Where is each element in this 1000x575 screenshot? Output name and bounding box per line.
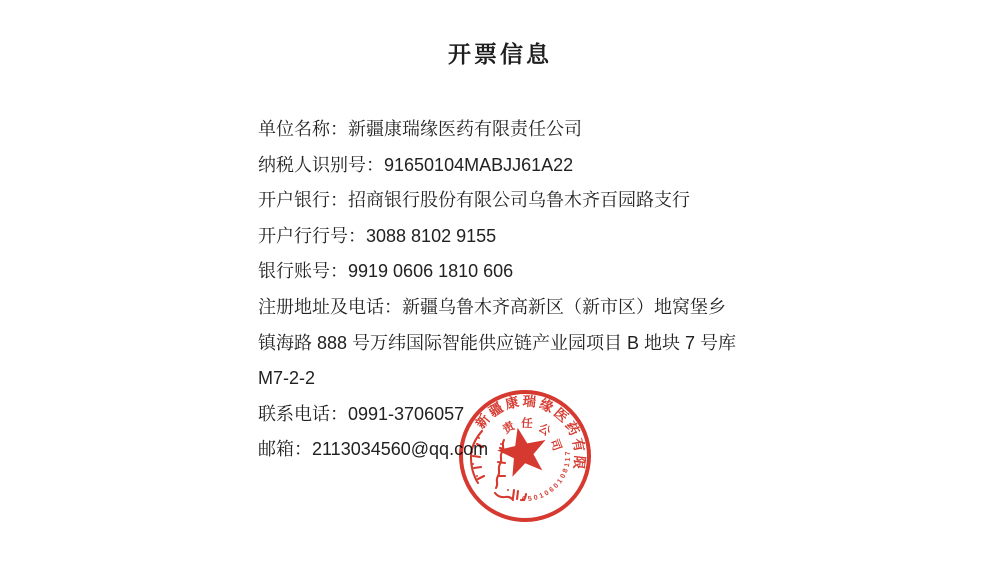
info-line-tax-id: 纳税人识别号：91650104MABJJ61A22 [258,148,738,184]
info-line-bank-account: 银行账号：9919 0606 1810 606 [258,254,738,290]
info-line-email: 邮箱：2113034560@qq.com [258,432,738,468]
uyghur-script-bottom-decoration [495,490,526,500]
info-line-bank-name: 开户银行：招商银行股份有限公司乌鲁木齐百园路支行 [258,183,738,219]
info-line-bank-branch-no: 开户行行号：3088 8102 9155 [258,219,738,255]
page-title: 开票信息 [0,36,1000,69]
info-line-company-name: 单位名称：新疆康瑞缘医药有限责任公司 [258,112,738,148]
info-line-phone: 联系电话：0991-3706057 [258,397,738,433]
info-line-address-2: 镇海路 888 号万纬国际智能供应链产业园项目 B 地块 7 号库 [258,326,738,362]
info-line-address-3: M7-2-2 [258,361,738,397]
info-line-address-1: 注册地址及电话：新疆乌鲁木齐高新区（新市区）地窝堡乡 [258,290,738,326]
invoice-details: 单位名称：新疆康瑞缘医药有限责任公司 纳税人识别号：91650104MABJJ6… [258,112,738,468]
invoice-info-document: 开票信息 单位名称：新疆康瑞缘医药有限责任公司 纳税人识别号：91650104M… [0,0,1000,575]
